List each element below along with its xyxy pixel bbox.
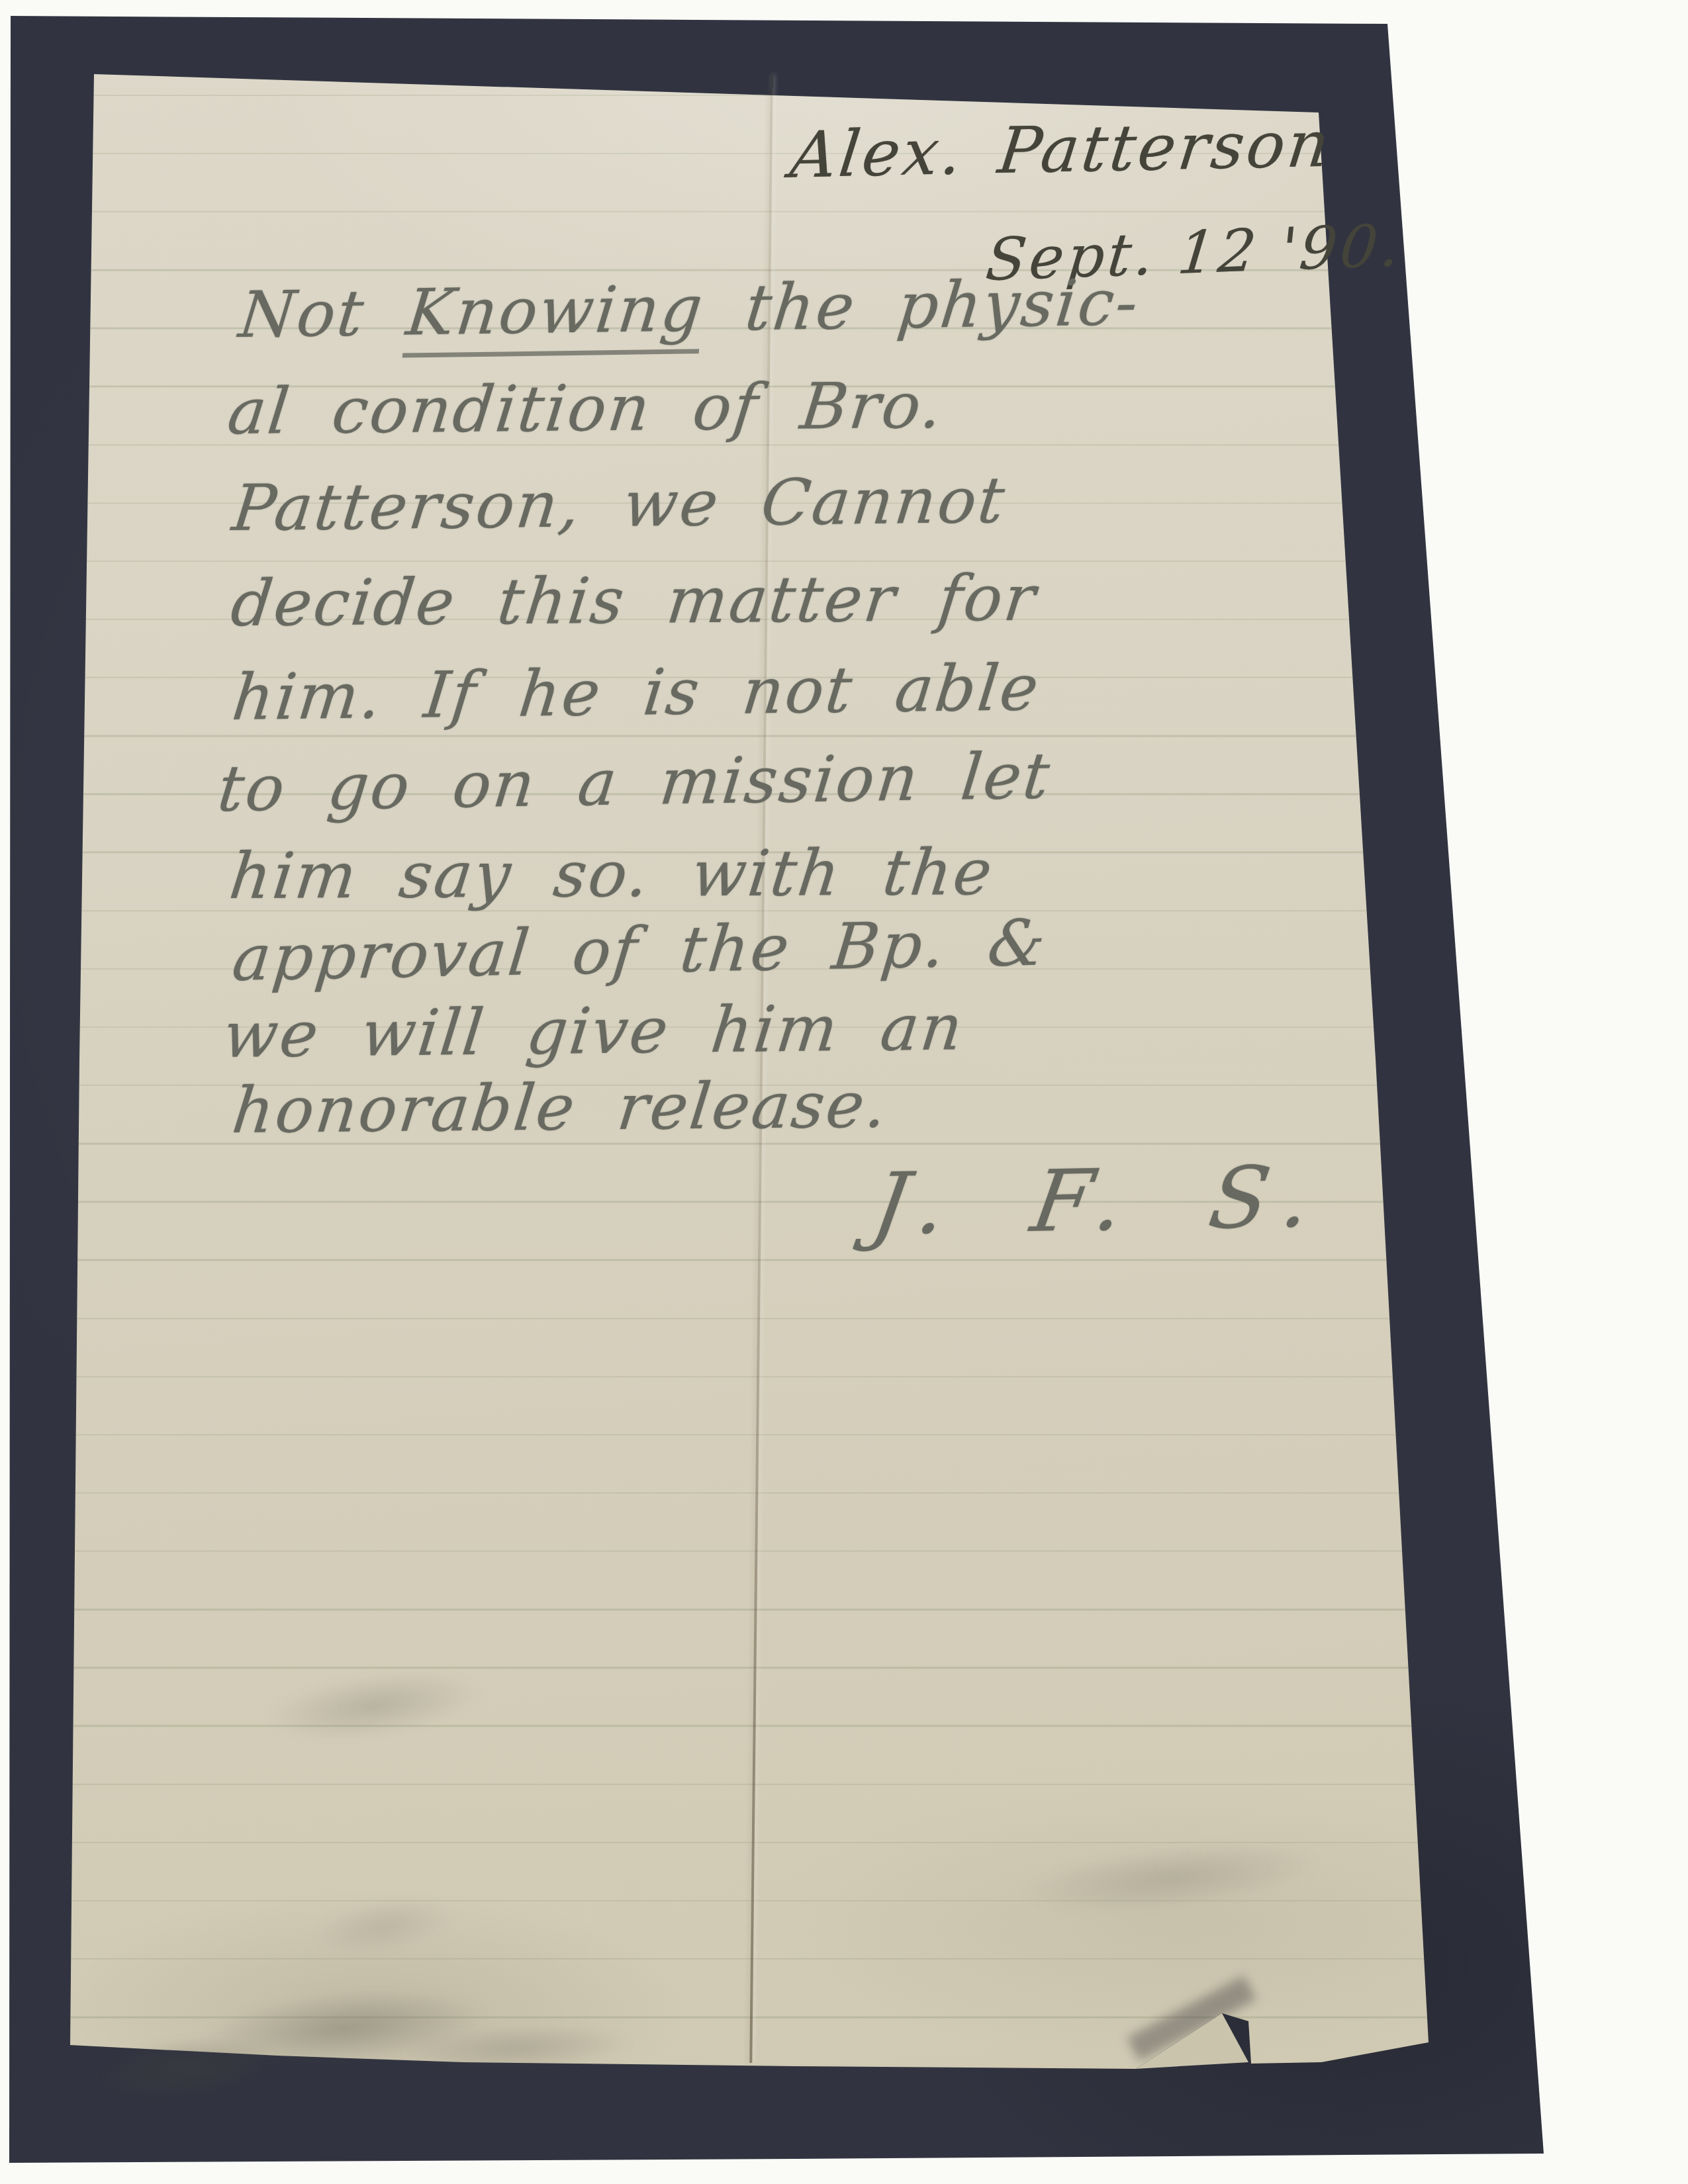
body-line-10: honorable release. [229, 1068, 893, 1148]
underlined-word: Knowing [402, 271, 708, 357]
body-line-7: him say so. with the [226, 835, 998, 913]
body-line-6: to go on a mission let [214, 739, 1055, 826]
attribution-name: Alex. Patterson [786, 107, 1335, 192]
body-line-1-pre: Not [236, 275, 411, 352]
body-line-1-post: the physic- [700, 265, 1143, 345]
body-line-5: him. If he is not able [229, 651, 1044, 735]
body-line-8: approval of the Bp. & [229, 905, 1051, 995]
handwriting-layer: Alex. Patterson Sept. 12 '90. Not Knowin… [0, 0, 1688, 2184]
body-line-4: decide this matter for [228, 561, 1041, 641]
body-line-1: Not Knowing the physic- [236, 265, 1143, 352]
body-line-3: Patterson, we Cannot [229, 463, 1010, 545]
body-line-9: we will give him an [220, 990, 968, 1072]
signature-initials: J. F. S. [866, 1148, 1335, 1254]
body-line-2: al condition of Bro. [224, 369, 948, 449]
scanned-document: Alex. Patterson Sept. 12 '90. Not Knowin… [0, 0, 1688, 2184]
